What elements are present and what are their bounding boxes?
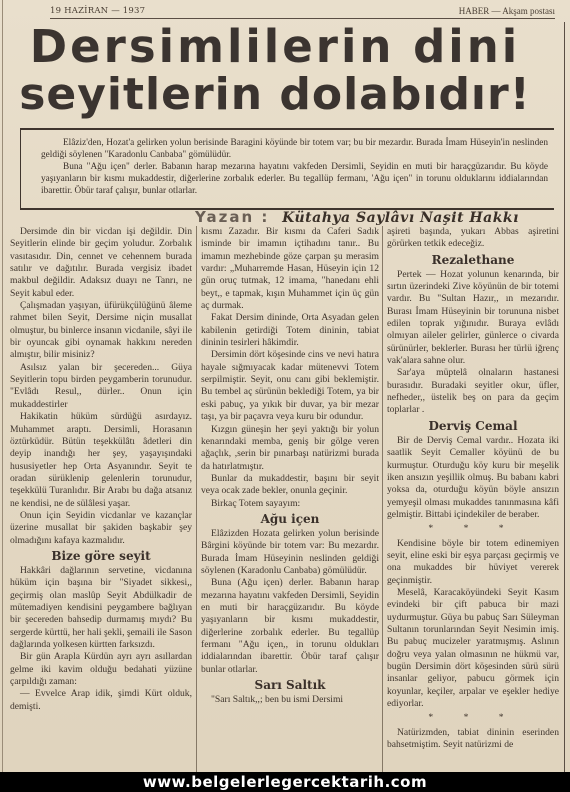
paragraph: Bir gün Arapla Kürdün ayrı ayrı asıllard… [10,651,192,688]
paragraph: Sar'aya müptelâ olnaların hastanesi bura… [387,367,559,416]
paragraph: Fakat Dersim dininde, Orta Asyadan gelen… [201,312,379,349]
paragraph: aşireti başında, yukarı Abbas aşiretini … [387,226,559,251]
paragraph: Dersimde din bir vicdan işi değildir. Di… [10,226,192,300]
paragraph: kısmı Zazadır. Bir kısmı da Caferi Sadık… [201,226,379,312]
paragraph: "Sarı Saltık,,; ben bu ismi Dersimi [201,694,379,706]
paragraph: Hakkâri dağlarının servetine, vicdanına … [10,565,192,651]
byline: Yazan : Kütahya Saylâvı Naşit Hakkı [195,208,555,225]
headline: Dersimlilerin dini seyitlerin dolabıdır! [10,20,540,117]
paragraph: Çalışmadan yaşıyan, üfürükçülüğünü âleme… [10,300,192,362]
byline-label: Yazan : [195,208,269,226]
paragraph: Birkaç Totem sayayım: [201,498,379,510]
byline-author: Kütahya Saylâvı Naşit Hakkı [282,210,519,226]
paragraph: Meselâ, Karacaköyündeki Seyit Kasım evin… [387,587,559,710]
section-heading: Derviş Cemal [387,419,559,434]
headline-line-1: Dersimlilerin dini [10,24,540,69]
column-divider [382,226,383,772]
section-heading: Rezalethane [387,253,559,268]
section-heading: Sarı Saltık [201,678,379,693]
paragraph: Hakikatin hüküm sürdüğü asırdayız. Muham… [10,411,192,510]
paragraph: Kızgın güneşin her şeyi yaktığı bir yolu… [201,424,379,473]
article-column-3: aşireti başında, yukarı Abbas aşiretini … [387,226,559,772]
paragraph: Kendisine böyle bir totem edinemiyen sey… [387,538,559,587]
summary-paragraph: Buna "Ağu içen" derler. Babanın harap me… [21,161,554,197]
section-heading: Bize göre seyit [10,549,192,564]
paragraph: — Evvelce Arap idik, şimdi Kürt olduk, d… [10,688,192,713]
paragraph: Onun için Seyidin vicdanlar ve kazançlar… [10,510,192,547]
summary-box: Elâziz'den, Hozat'a gelirken yolun beris… [20,128,554,210]
left-edge-rule [2,0,3,772]
watermark-banner: www.belgelerlegercektarih.com [0,772,570,792]
page-header: 19 HAZİRAN — 1937 HABER — Akşam postası [50,6,555,19]
paragraph: Natürizmden, tabiat dininin eserinden ba… [387,727,559,752]
issue-date: 19 HAZİRAN — 1937 [50,6,145,16]
paragraph: Elâzizden Hozata gelirken yolun berisind… [201,528,379,577]
article-column-1: Dersimde din bir vicdan işi değildir. Di… [10,226,192,772]
paragraph: Dersimin dört köşesinde cins ve nevi hat… [201,349,379,423]
summary-paragraph: Elâziz'den, Hozat'a gelirken yolun beris… [21,130,554,161]
article-column-2: kısmı Zazadır. Bir kısmı da Caferi Sadık… [201,226,379,772]
newspaper-page: 19 HAZİRAN — 1937 HABER — Akşam postası … [0,0,570,772]
column-divider [196,226,197,772]
paragraph: Bir de Derviş Cemal vardır.. Hozata iki … [387,435,559,521]
paragraph: Asılsız yalan bir şecereden... Güya Seyi… [10,362,192,411]
section-separator: * * * [387,712,559,724]
section-separator: * * * [387,523,559,535]
headline-line-2: seyitlerin dolabıdır! [10,73,540,117]
section-heading: Ağu içen [201,512,379,527]
paragraph: Buna (Ağu içen) derler. Babanın harap me… [201,577,379,676]
paragraph: Pertek — Hozat yolunun kenarında, bir sı… [387,269,559,368]
paragraph: Bunlar da mukaddestir, başını bir seyit … [201,473,379,498]
newspaper-name: HABER — Akşam postası [459,6,555,16]
column-border-right [564,22,565,772]
